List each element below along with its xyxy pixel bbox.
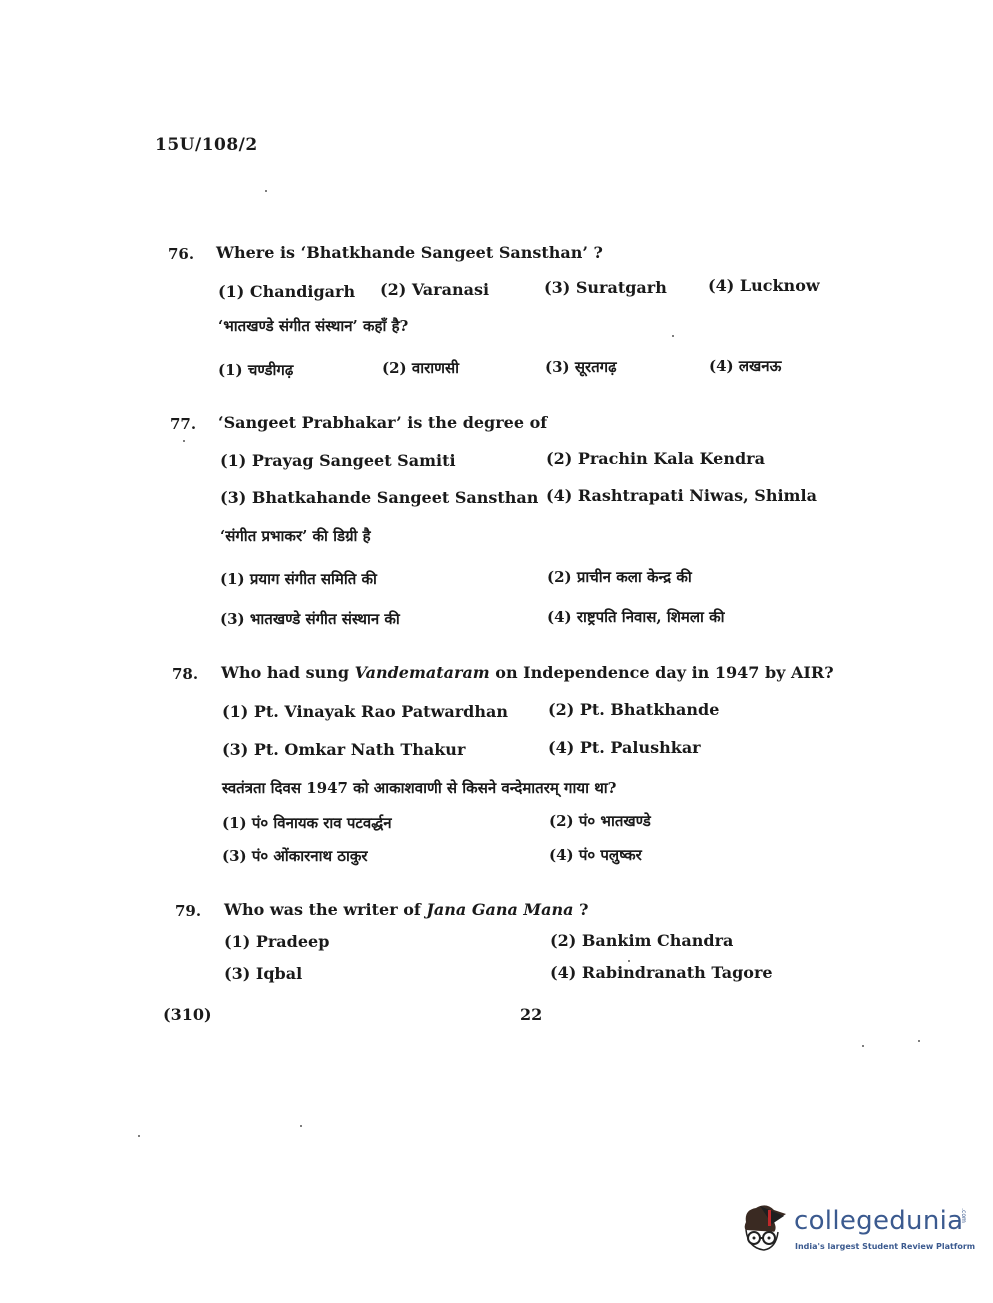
option-en-1: (1) Chandigarh <box>218 282 355 301</box>
question-text-hi: ‘संगीत प्रभाकर’ की डिग्री है <box>220 526 371 546</box>
question-text-hi: ‘भातखण्डे संगीत संस्थान’ कहाँ है? <box>218 316 408 336</box>
question-number: 76. <box>168 245 194 263</box>
option-hi-3: (3) भातखण्डे संगीत संस्थान की <box>220 609 400 629</box>
option-en-3: (3) Bhatkahande Sangeet Sansthan <box>220 488 538 507</box>
question-text-en: Where is ‘Bhatkhande Sangeet Sansthan’ ? <box>216 243 603 262</box>
page-number: 22 <box>520 1005 542 1024</box>
option-en-2: (2) Varanasi <box>380 280 489 299</box>
question-number: 79. <box>175 902 201 920</box>
brand-tagline: India's largest Student Review Platform <box>795 1242 975 1251</box>
option-hi-4: (4) पं० पलुष्कर <box>549 845 642 865</box>
option-en-2: (2) Prachin Kala Kendra <box>546 449 765 468</box>
option-hi-4: (4) लखनऊ <box>709 356 781 376</box>
option-en-4: (4) Rabindranath Tagore <box>550 963 773 982</box>
option-hi-2: (2) प्राचीन कला केन्द्र की <box>547 567 692 587</box>
brand-name: collegedunia <box>794 1206 963 1236</box>
option-hi-3: (3) सूरतगढ़ <box>545 357 617 377</box>
option-hi-2: (2) पं० भातखण्डे <box>549 811 651 831</box>
option-en-4: (4) Pt. Palushkar <box>548 738 701 757</box>
question-number: 78. <box>172 665 198 683</box>
question-text-hi: स्वतंत्रता दिवस 1947 को आकाशवाणी से किसन… <box>222 778 616 798</box>
question-number: 77. <box>170 415 196 433</box>
option-en-3: (3) Suratgarh <box>544 278 667 297</box>
paper-code: 15U/108/2 <box>155 135 258 155</box>
brand-suffix: .com <box>960 1208 967 1223</box>
option-en-1: (1) Prayag Sangeet Samiti <box>220 451 456 470</box>
question-text-en: Who was the writer of Jana Gana Mana ? <box>224 900 588 919</box>
option-en-3: (3) Pt. Omkar Nath Thakur <box>222 740 465 759</box>
emphasis-jana-gana-mana: Jana Gana Mana <box>426 900 573 919</box>
option-en-1: (1) Pt. Vinayak Rao Patwardhan <box>222 702 508 721</box>
option-en-4: (4) Lucknow <box>708 276 820 295</box>
student-mascot-icon <box>738 1200 792 1260</box>
question-text-en: ‘Sangeet Prabhakar’ is the degree of <box>218 413 547 432</box>
emphasis-vandemataram: Vandemataram <box>355 663 490 682</box>
option-en-4: (4) Rashtrapati Niwas, Shimla <box>546 486 817 505</box>
footer-code: (310) <box>163 1005 212 1024</box>
option-hi-4: (4) राष्ट्रपति निवास, शिमला की <box>547 607 725 627</box>
option-hi-1: (1) चण्डीगढ़ <box>218 360 293 380</box>
option-hi-1: (1) प्रयाग संगीत समिति की <box>220 569 377 589</box>
option-en-2: (2) Bankim Chandra <box>550 931 733 950</box>
collegedunia-logo: collegedunia .com India's largest Studen… <box>738 1200 968 1260</box>
option-en-2: (2) Pt. Bhatkhande <box>548 700 719 719</box>
option-hi-2: (2) वाराणसी <box>382 358 459 378</box>
question-text-en: Who had sung Vandemataram on Independenc… <box>221 663 834 682</box>
option-hi-1: (1) पं० विनायक राव पटवर्द्धन <box>222 813 392 833</box>
option-en-1: (1) Pradeep <box>224 932 329 951</box>
option-hi-3: (3) पं० ओंकारनाथ ठाकुर <box>222 846 368 866</box>
option-en-3: (3) Iqbal <box>224 964 302 983</box>
